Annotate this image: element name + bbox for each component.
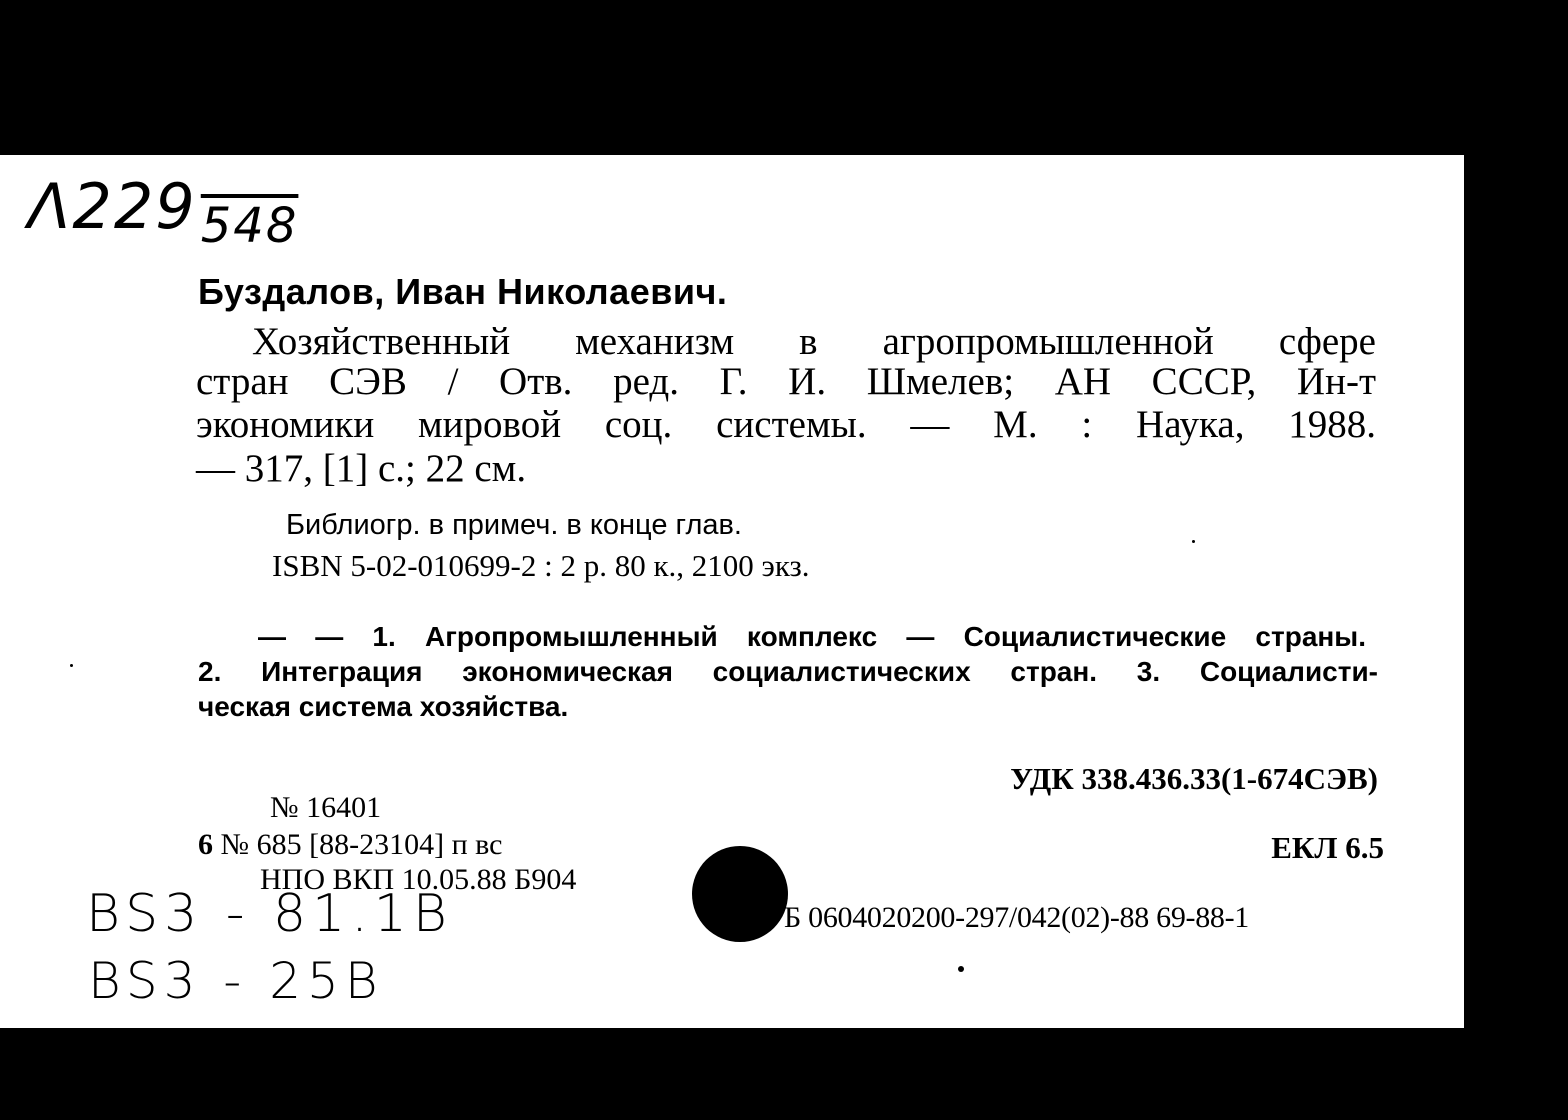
title-line-3: экономики мировой соц. системы. — М. : Н… [196, 405, 1376, 444]
handwritten-shelf-mark-1: BS3 - 81.1B [86, 888, 453, 940]
isbn-note: ISBN 5-02-010699-2 : 2 р. 80 к., 2100 эк… [272, 550, 809, 581]
call-number-main: Λ229 [28, 170, 197, 243]
call-number-suffix: 548 [201, 198, 299, 254]
handwritten-shelf-mark-2: BS3 - 25B [88, 956, 384, 1006]
order-line: 6 № 685 [88-23104] п вс [198, 830, 502, 860]
bibliography-note: Библиогр. в примеч. в конце глав. [286, 511, 742, 540]
order-number: № 16401 [270, 793, 381, 823]
bbk-code: Б 0604020200-297/042(02)-88 69-88-1 [784, 903, 1249, 933]
subject-line-2: 2. Интеграция экономическая социалистиче… [198, 658, 1378, 686]
scanned-catalog-card-image: Λ229548 Буздалов, Иван Николаевич. Хозяй… [0, 0, 1568, 1120]
title-line-1: Хозяйственный механизм в агропромышленно… [252, 322, 1376, 361]
subject-line-1: — — 1. Агропромышленный комплекс — Социа… [258, 623, 1366, 651]
author-heading: Буздалов, Иван Николаевич. [198, 274, 727, 310]
subject-line-3: ческая система хозяйства. [198, 693, 568, 721]
ekl-code: ЕКЛ 6.5 [1271, 832, 1384, 863]
handwritten-call-number: Λ229548 [28, 176, 298, 238]
title-line-2: стран СЭВ / Отв. ред. Г. И. Шмелев; АН С… [196, 362, 1376, 401]
pagination-line: — 317, [1] с.; 22 см. [196, 449, 526, 488]
ink-speck [958, 966, 964, 972]
ink-speck [70, 664, 73, 667]
punch-hole [692, 846, 788, 942]
udk-code: УДК 338.436.33(1-674СЭВ) [1010, 763, 1378, 794]
ink-speck [1192, 540, 1195, 543]
order-line-text: № 685 [88-23104] п вс [221, 828, 503, 861]
order-line-prefix: 6 [198, 828, 213, 861]
